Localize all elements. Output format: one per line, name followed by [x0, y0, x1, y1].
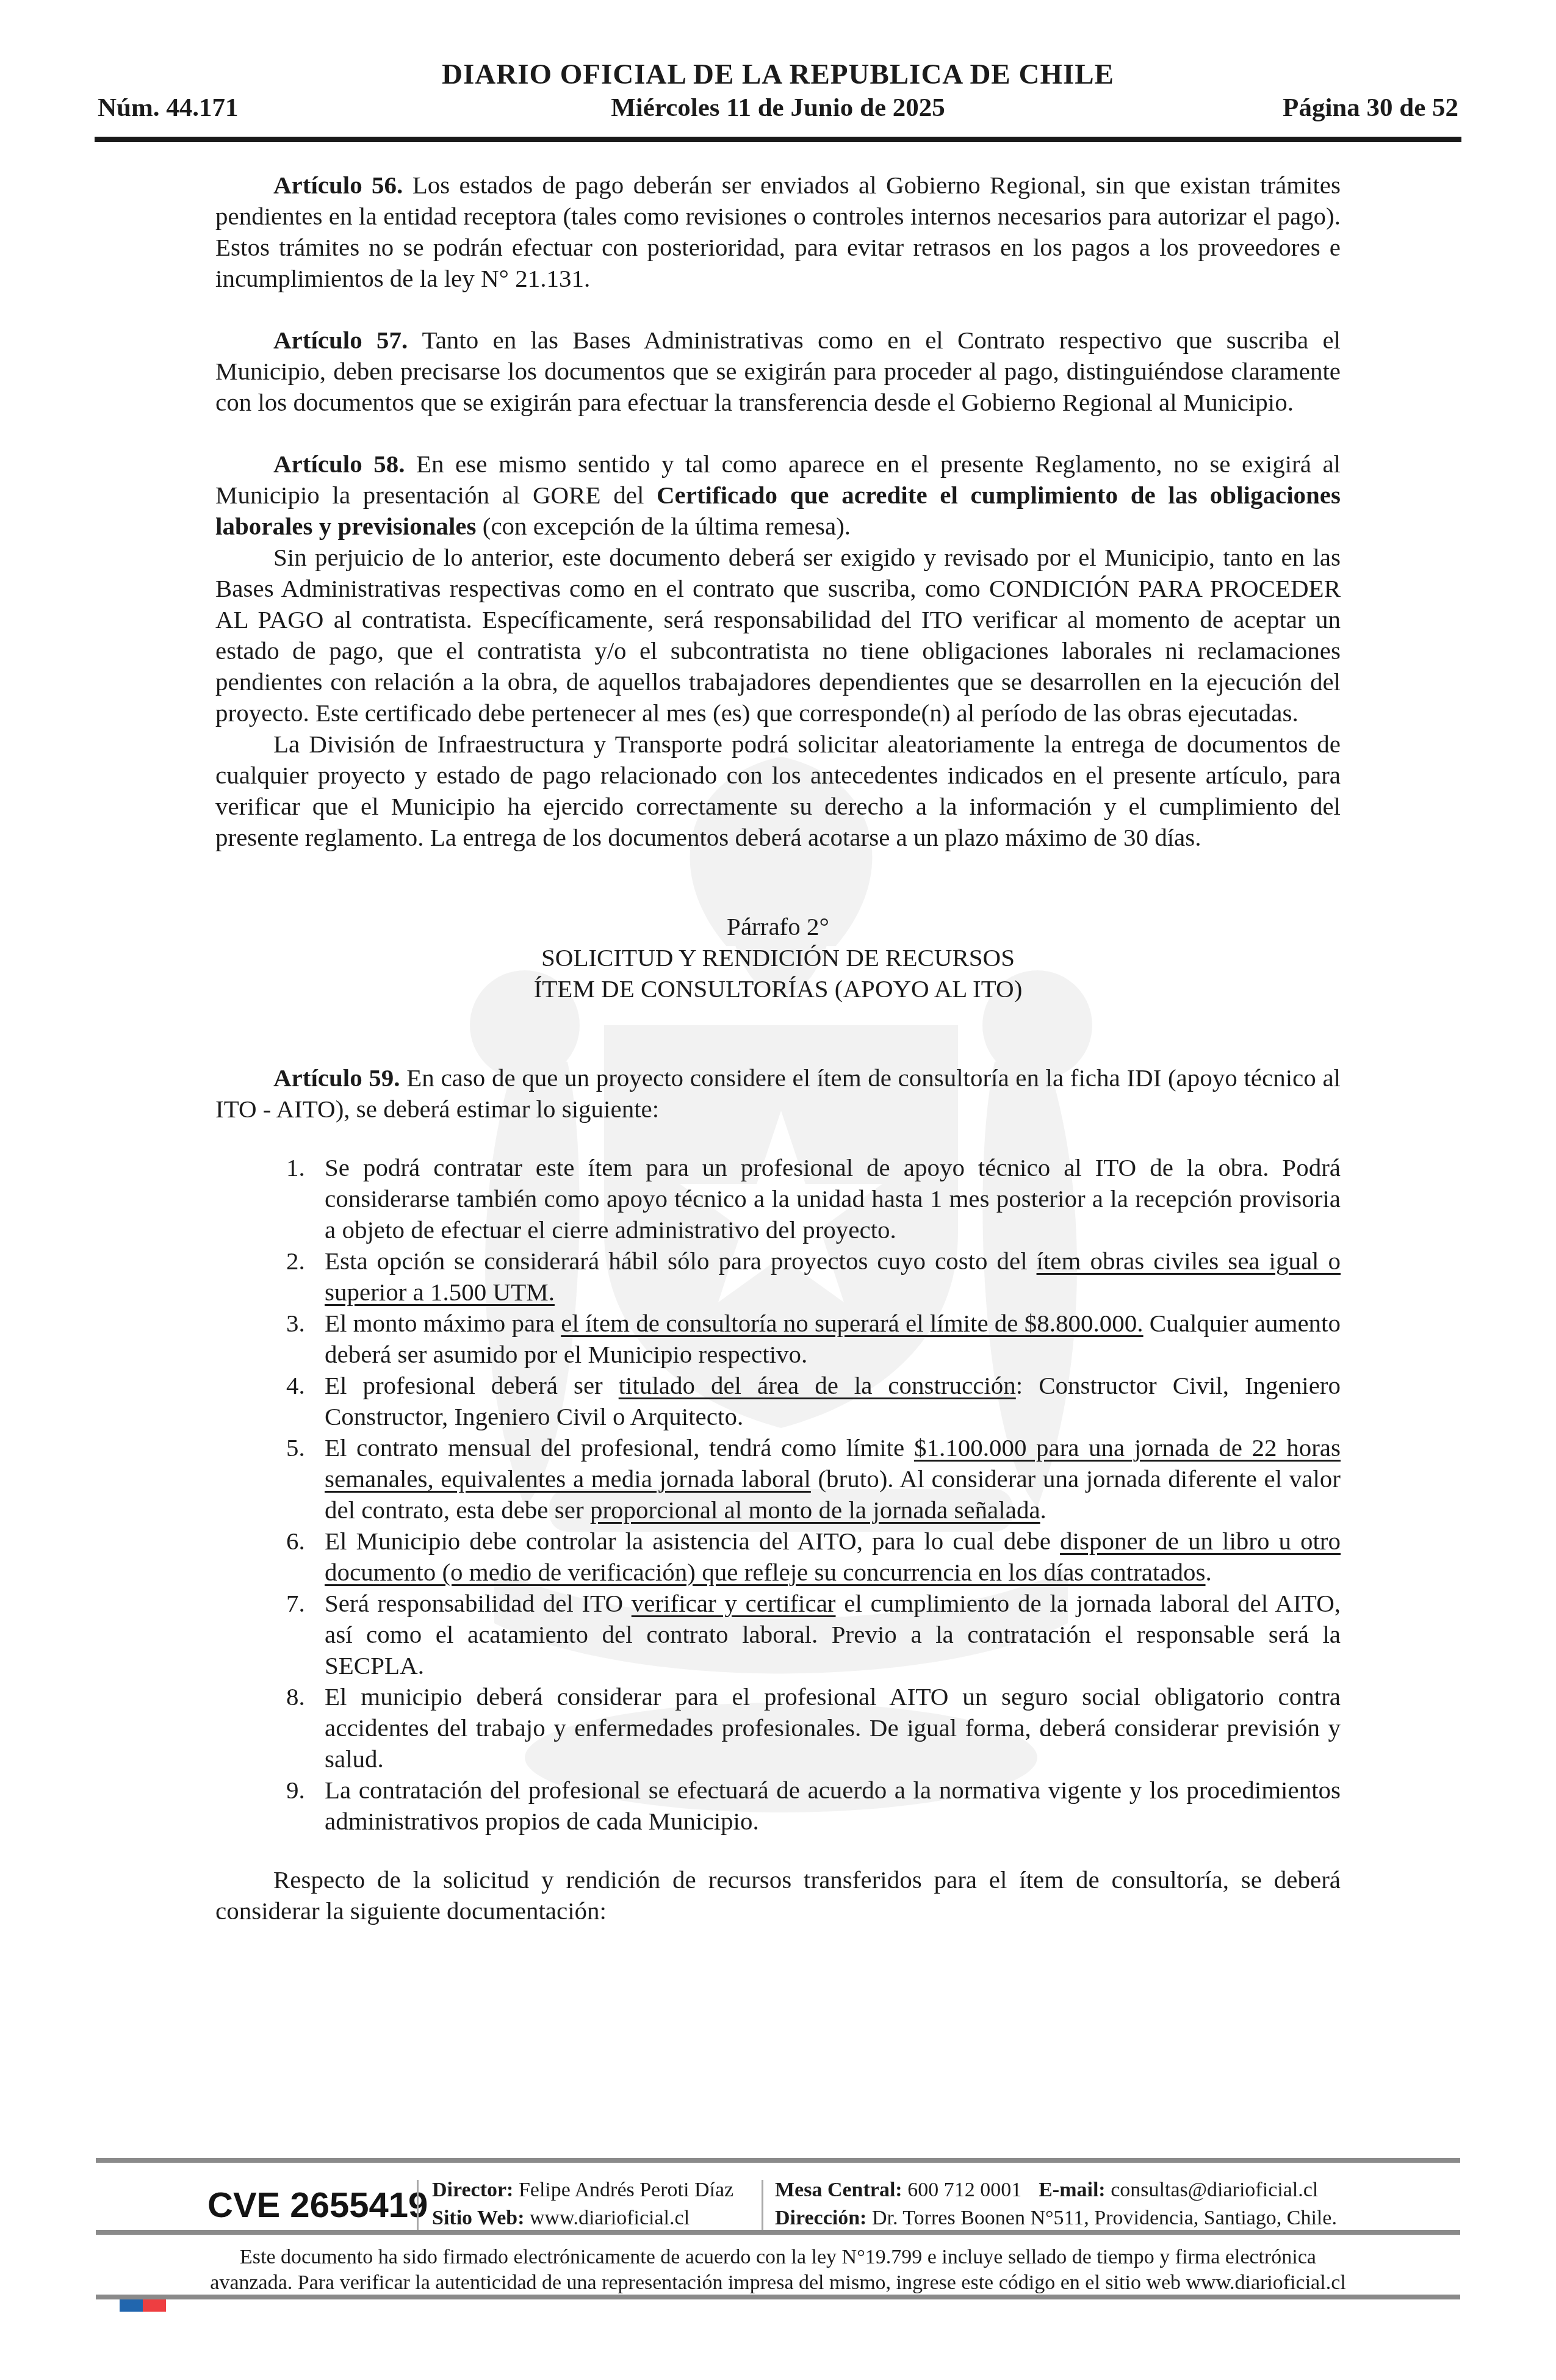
phone-email-line: Mesa Central: 600 712 0001E-mail: consul… [775, 2176, 1337, 2204]
heading-line: ÍTEM DE CONSULTORÍAS (APOYO AL ITO) [215, 973, 1341, 1004]
footer-top-rule [96, 2158, 1460, 2163]
legal-line: avanzada. Para verificar la autenticidad… [168, 2270, 1388, 2296]
flag-red-half [143, 2299, 166, 2312]
ordered-list: 1.Se podrá contratar este ítem para un p… [215, 1152, 1341, 1837]
text-run: . [1206, 1558, 1212, 1586]
legal-line: Este documento ha sido firmado electróni… [168, 2245, 1388, 2270]
director-name: Felipe Andrés Peroti Díaz [519, 2179, 733, 2201]
address-value: Dr. Torres Boonen N°511, Providencia, Sa… [872, 2207, 1337, 2229]
email-address: consultas@diarioficial.cl [1111, 2179, 1318, 2201]
text-run: El monto máximo para [325, 1309, 561, 1337]
director-line: Director: Felipe Andrés Peroti Díaz [432, 2176, 733, 2204]
address-label: Dirección: [775, 2207, 866, 2229]
text-run: Será responsabilidad del ITO [325, 1589, 632, 1617]
list-item: 2.Esta opción se considerará hábil sólo … [215, 1246, 1341, 1308]
document-body: Artículo 56. Los estados de pago deberán… [215, 170, 1341, 1927]
text-run: Se podrá contratar este ítem para un pro… [325, 1153, 1341, 1244]
list-item-text: El municipio deberá considerar para el p… [325, 1682, 1341, 1773]
text-run: Respecto de la solicitud y rendición de … [215, 1866, 1341, 1925]
paragraph: Sin perjuicio de lo anterior, este docum… [215, 542, 1341, 729]
list-item: 6.El Municipio debe controlar la asisten… [215, 1526, 1341, 1588]
text-run: verificar y certificar [632, 1589, 836, 1617]
text-run: . [1040, 1496, 1046, 1524]
website-label: Sitio Web: [432, 2207, 524, 2229]
legal-notice: Este documento ha sido firmado electróni… [168, 2245, 1388, 2296]
text-run: (con excepción de la última remesa). [476, 512, 851, 540]
list-item-number: 6. [286, 1526, 305, 1557]
gazette-title: DIARIO OFICIAL DE LA REPUBLICA DE CHILE [0, 58, 1556, 91]
footer-director-block: Director: Felipe Andrés Peroti Díaz Siti… [432, 2176, 733, 2232]
text-run: El municipio deberá considerar para el p… [325, 1682, 1341, 1773]
list-item-number: 7. [286, 1588, 305, 1619]
cve-code: CVE 2655419 [207, 2185, 428, 2226]
address-line: Dirección: Dr. Torres Boonen N°511, Prov… [775, 2204, 1337, 2232]
text-run: Artículo 57. [273, 326, 422, 354]
header-rule [95, 137, 1461, 142]
footer-divider [762, 2180, 763, 2230]
paragraph: Artículo 57. Tanto en las Bases Administ… [215, 325, 1341, 418]
footer-divider [417, 2180, 419, 2230]
chile-flag-mark [120, 2299, 166, 2312]
text-run: Sin perjuicio de lo anterior, este docum… [215, 543, 1341, 727]
list-item: 8.El municipio deberá considerar para el… [215, 1681, 1341, 1775]
list-item-text: El contrato mensual del profesional, ten… [325, 1433, 1341, 1524]
list-item-text: La contratación del profesional se efect… [325, 1776, 1341, 1835]
text-run: La División de Infraestructura y Transpo… [215, 730, 1341, 851]
list-item-text: Será responsabilidad del ITO verificar y… [325, 1589, 1341, 1679]
list-item: 4.El profesional deberá ser titulado del… [215, 1370, 1341, 1432]
list-item-number: 5. [286, 1432, 305, 1463]
list-item: 5.El contrato mensual del profesional, t… [215, 1432, 1341, 1526]
list-item: 1.Se podrá contratar este ítem para un p… [215, 1152, 1341, 1246]
flag-blue-half [120, 2299, 143, 2312]
text-run: El Municipio debe controlar la asistenci… [325, 1527, 1060, 1555]
page-indicator: Página 30 de 52 [1283, 93, 1458, 123]
mesa-central-label: Mesa Central: [775, 2179, 902, 2201]
list-item-text: Se podrá contratar este ítem para un pro… [325, 1153, 1341, 1244]
text-run: El profesional deberá ser [325, 1371, 619, 1399]
paragraph: Artículo 56. Los estados de pago deberán… [215, 170, 1341, 294]
document-page: DIARIO OFICIAL DE LA REPUBLICA DE CHILE … [0, 0, 1556, 2380]
list-item-text: El monto máximo para el ítem de consulto… [325, 1309, 1341, 1368]
list-item-text: El Municipio debe controlar la asistenci… [325, 1527, 1341, 1586]
list-item: 7.Será responsabilidad del ITO verificar… [215, 1588, 1341, 1681]
mesa-central-number: 600 712 0001 [907, 2179, 1021, 2201]
text-run: proporcional al monto de la jornada seña… [590, 1496, 1040, 1524]
list-item-number: 3. [286, 1308, 305, 1339]
list-item-number: 8. [286, 1681, 305, 1712]
text-run: Artículo 58. [273, 450, 416, 478]
text-run: el ítem de consultoría no superará el lí… [561, 1309, 1143, 1337]
text-run: titulado del área de la construcción [619, 1371, 1016, 1399]
text-run: Artículo 59. [273, 1064, 406, 1092]
text-run: La contratación del profesional se efect… [325, 1776, 1341, 1835]
footer-contact-block: Mesa Central: 600 712 0001E-mail: consul… [775, 2176, 1337, 2232]
website-line: Sitio Web: www.diarioficial.cl [432, 2204, 733, 2232]
footer-middle-rule [96, 2230, 1460, 2235]
list-item-text: El profesional deberá ser titulado del á… [325, 1371, 1341, 1430]
list-item: 9.La contratación del profesional se efe… [215, 1775, 1341, 1837]
email-label: E-mail: [1039, 2179, 1106, 2201]
header-row: Núm. 44.171 Miércoles 11 de Junio de 202… [98, 93, 1458, 123]
issue-date: Miércoles 11 de Junio de 2025 [98, 93, 1458, 123]
text-run: El contrato mensual del profesional, ten… [325, 1433, 914, 1462]
paragraph: Respecto de la solicitud y rendición de … [215, 1864, 1341, 1927]
heading-line: SOLICITUD Y RENDICIÓN DE RECURSOS [215, 942, 1341, 973]
text-run: Esta opción se considerará hábil sólo pa… [325, 1247, 1037, 1275]
paragraph: Artículo 59. En caso de que un proyecto … [215, 1062, 1341, 1125]
text-run: Artículo 56. [273, 171, 412, 199]
footer-bottom-rule [96, 2295, 1460, 2299]
heading-line: Párrafo 2° [215, 911, 1341, 942]
website-url: www.diarioficial.cl [530, 2207, 690, 2229]
list-item-number: 4. [286, 1370, 305, 1401]
list-item: 3.El monto máximo para el ítem de consul… [215, 1308, 1341, 1370]
list-item-text: Esta opción se considerará hábil sólo pa… [325, 1247, 1341, 1306]
paragraph: La División de Infraestructura y Transpo… [215, 729, 1341, 853]
section-heading: Párrafo 2°SOLICITUD Y RENDICIÓN DE RECUR… [215, 911, 1341, 1004]
director-label: Director: [432, 2179, 513, 2201]
list-item-number: 9. [286, 1775, 305, 1806]
paragraph: Artículo 58. En ese mismo sentido y tal … [215, 449, 1341, 542]
list-item-number: 2. [286, 1246, 305, 1277]
list-item-number: 1. [286, 1152, 305, 1183]
